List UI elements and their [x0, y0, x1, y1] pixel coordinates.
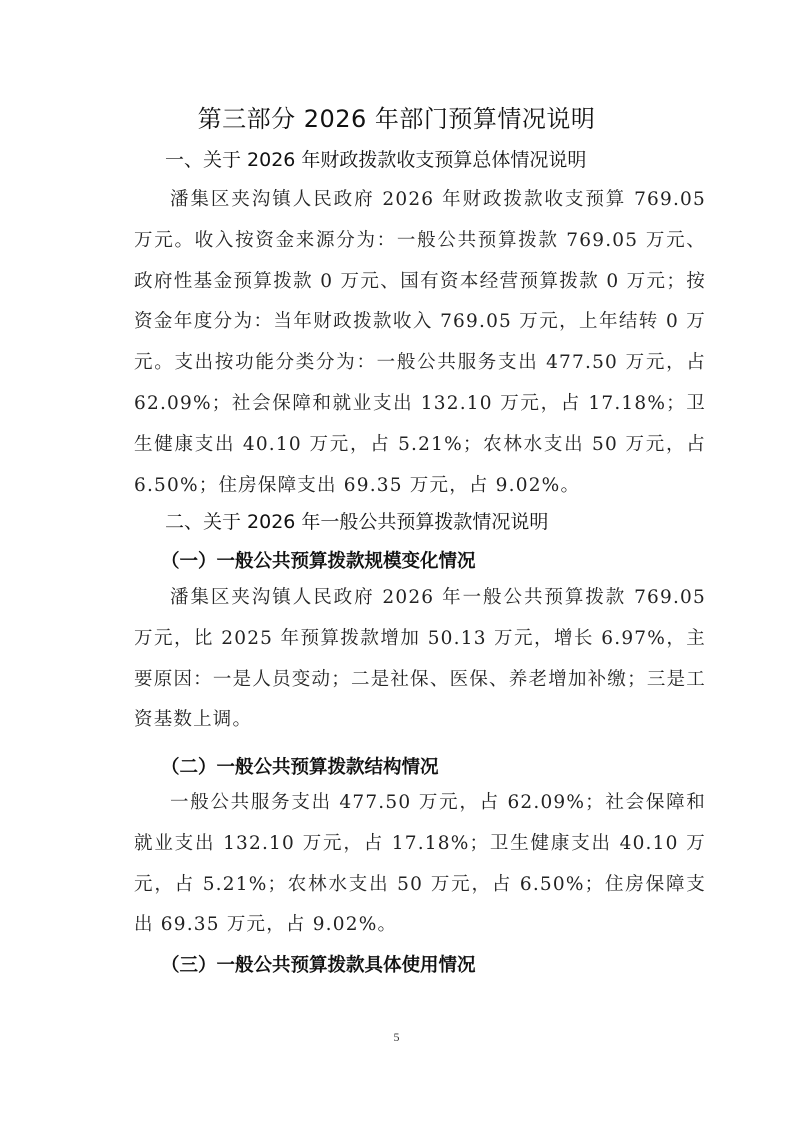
section-1-heading: 一、关于 2026 年财政拨款收支预算总体情况说明	[165, 147, 725, 173]
subsection-1-paragraph: 潘集区夹沟镇人民政府 2026 年一般公共预算拨款 769.05 万元，比 20…	[134, 578, 706, 741]
document-page: 第三部分 2026 年部门预算情况说明 一、关于 2026 年财政拨款收支预算总…	[0, 0, 793, 1122]
page-number: 5	[0, 1030, 793, 1045]
page-title: 第三部分 2026 年部门预算情况说明	[0, 104, 793, 134]
subsection-1-heading: （一）一般公共预算拨款规模变化情况	[161, 549, 721, 575]
subsection-2-paragraph: 一般公共服务支出 477.50 万元，占 62.09%；社会保障和就业支出 13…	[134, 783, 706, 946]
subsection-3-heading: （三）一般公共预算拨款具体使用情况	[161, 953, 721, 979]
subsection-2-heading: （二）一般公共预算拨款结构情况	[161, 755, 721, 781]
section-2-heading: 二、关于 2026 年一般公共预算拨款情况说明	[165, 509, 725, 535]
section-1-paragraph: 潘集区夹沟镇人民政府 2026 年财政拨款收支预算 769.05 万元。收入按资…	[134, 180, 706, 506]
